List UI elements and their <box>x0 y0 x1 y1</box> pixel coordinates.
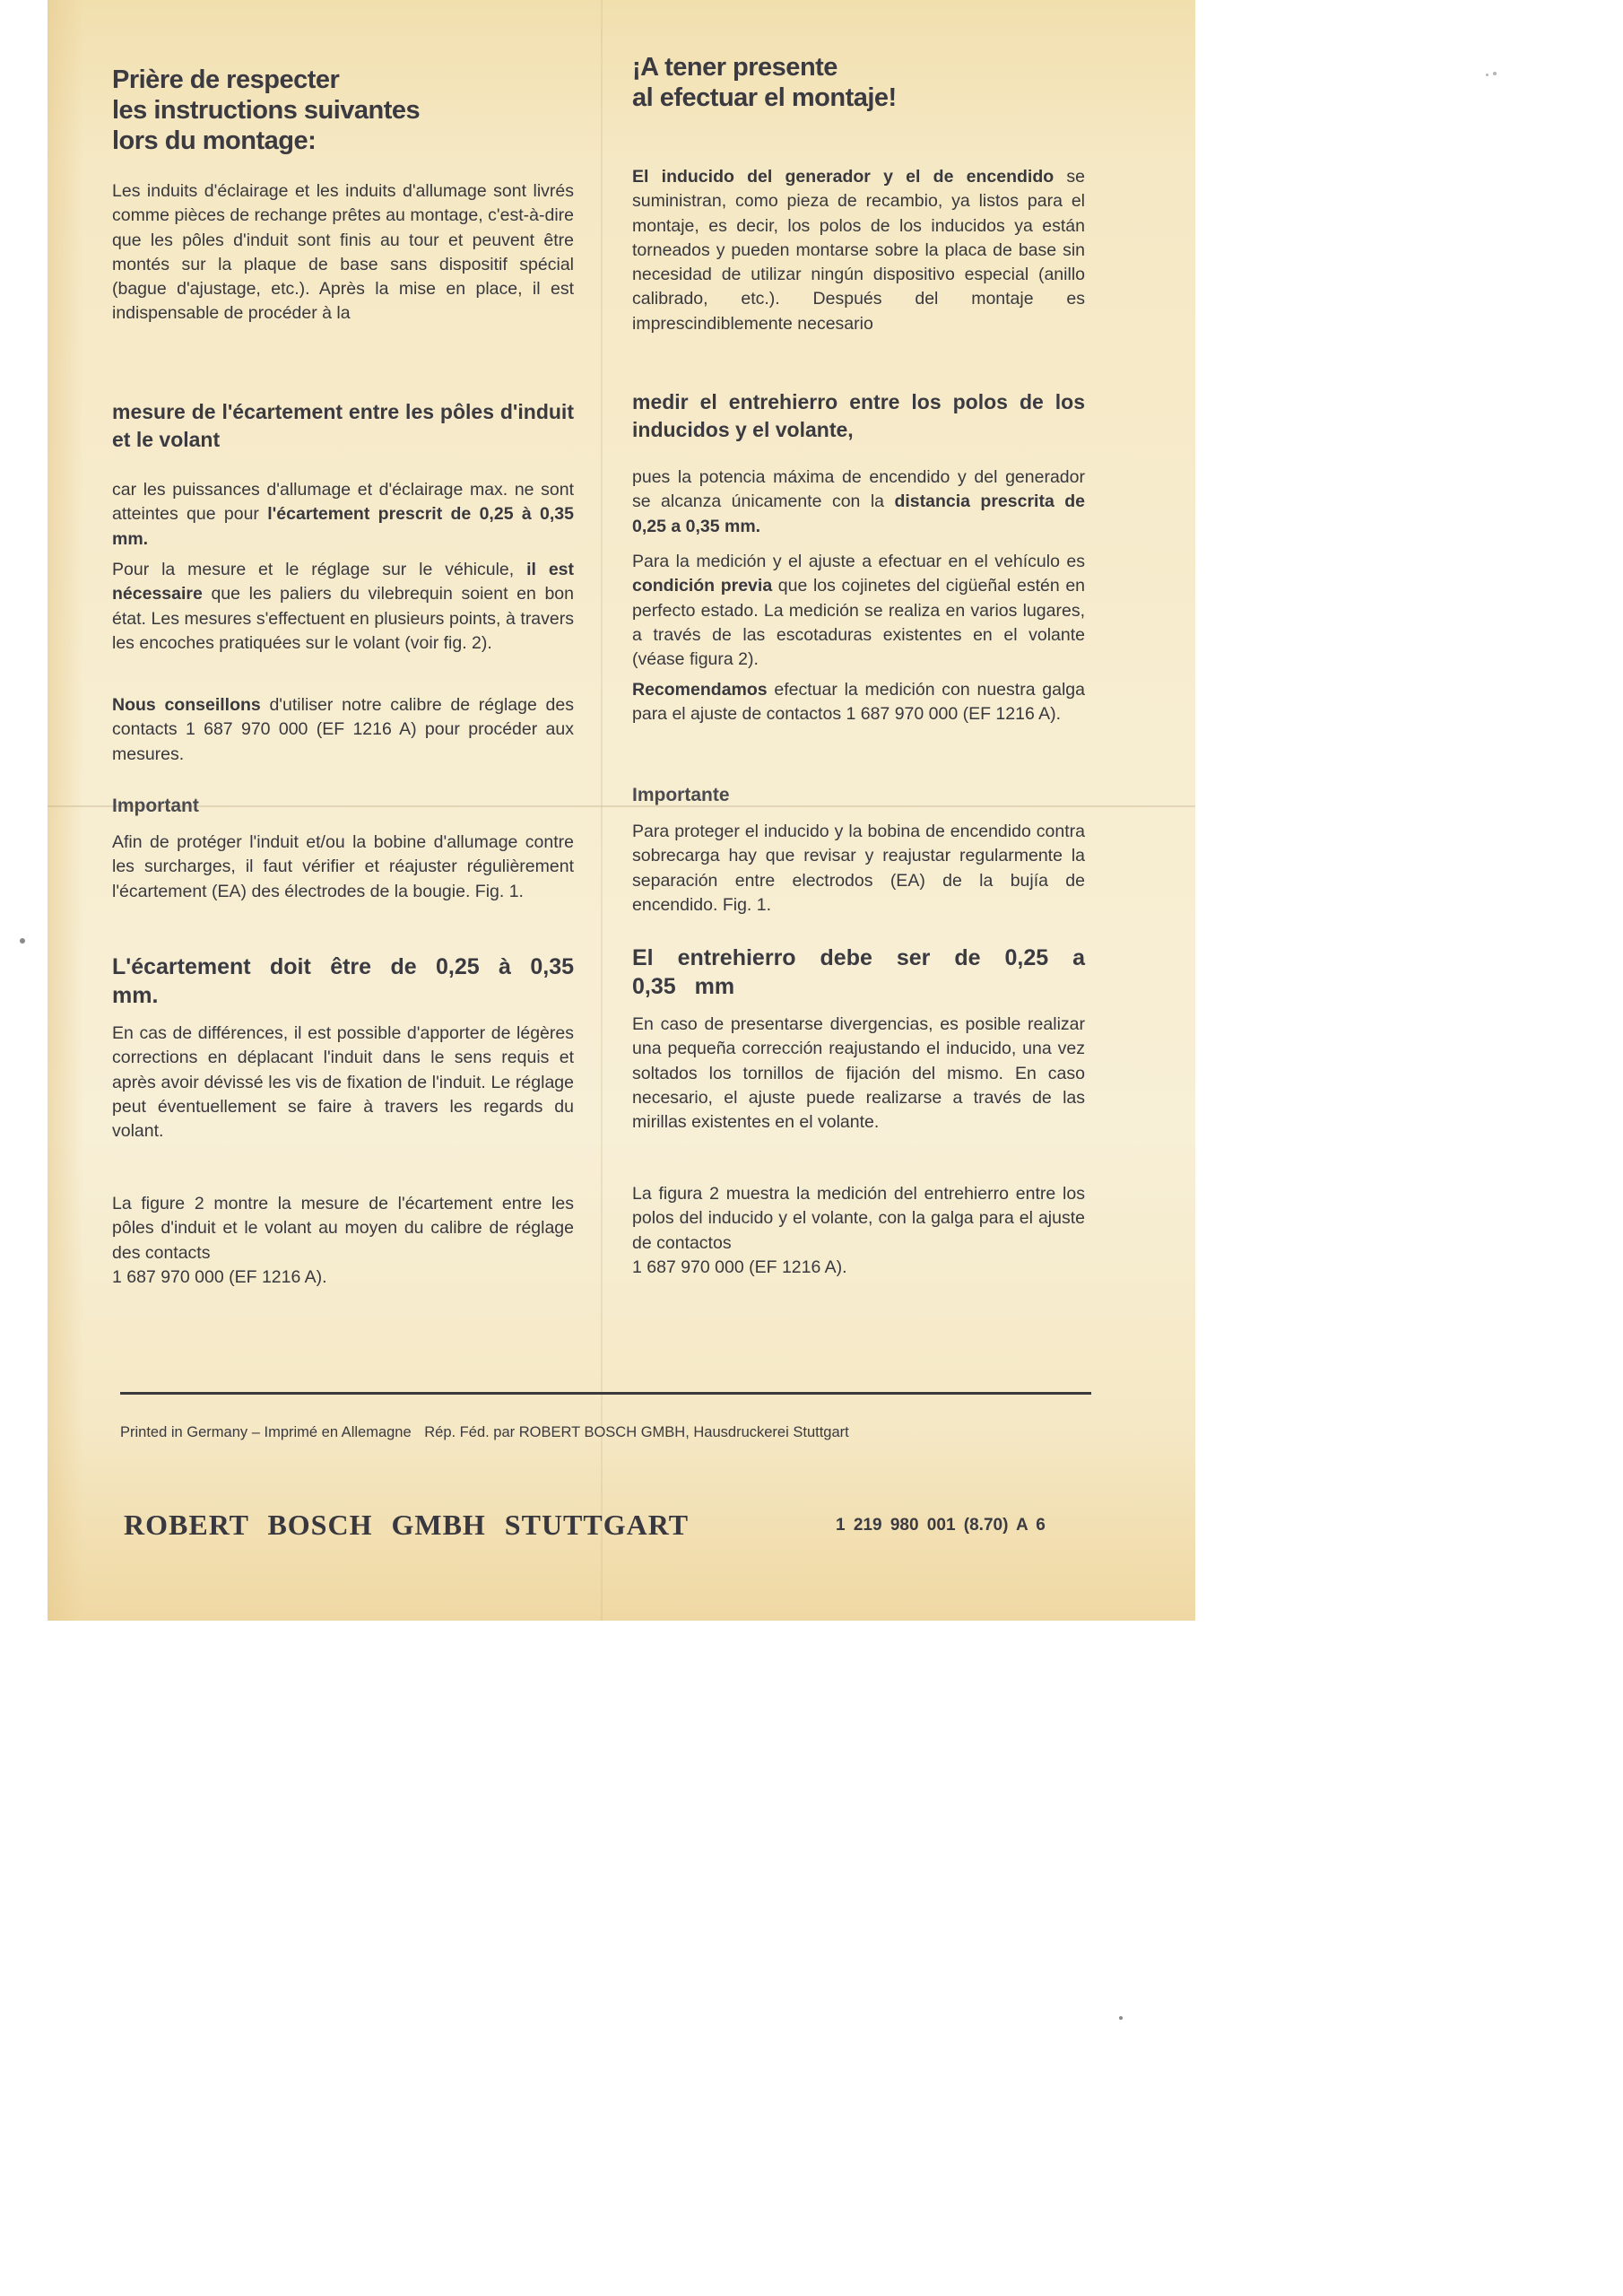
spanish-intro-text: se suministran, como pieza de recambio, … <box>632 167 1085 334</box>
french-part-number: 1 687 970 000 (EF 1216 A). <box>112 1265 574 1290</box>
document-code: 1 219 980 001 (8.70) A 6 <box>836 1516 1046 1535</box>
spanish-vehicle-text: Para la medición y el ajuste a efectuar … <box>632 552 1085 571</box>
vertical-fold-crease <box>601 0 603 1621</box>
french-vehicle-text: Pour la mesure et le réglage sur le véhi… <box>112 560 526 579</box>
french-gap-heading: L'écartement doit être de 0,25 à 0,35 mm… <box>112 952 574 1010</box>
spanish-figure-note: La figura 2 muestra la medición del entr… <box>632 1182 1085 1280</box>
scan-speck <box>1493 72 1497 75</box>
spanish-advice: Recomendamos efectuar la medición con nu… <box>632 678 1085 727</box>
spanish-vehicle: Para la medición y el ajuste a efectuar … <box>632 550 1085 672</box>
spanish-heading: ¡A tener presente al efectuar el montaje… <box>632 52 1085 113</box>
french-vehicle: Pour la mesure et le réglage sur le véhi… <box>112 558 574 656</box>
spanish-intro-emphasis: El inducido del generador y el de encend… <box>632 167 1054 187</box>
printer-imprint: Printed in Germany – Imprimé en Allemagn… <box>120 1424 849 1441</box>
footer-rule <box>120 1392 1091 1395</box>
french-important-title: Important <box>112 795 574 818</box>
french-figure-note-text: La figure 2 montre la mesure de l'écarte… <box>112 1192 574 1265</box>
french-measure-heading: mesure de l'écartement entre les pôles d… <box>112 398 574 454</box>
scan-speck <box>20 938 25 944</box>
spanish-important-text: Para proteger el inducido y la bobina de… <box>632 820 1085 918</box>
spanish-gap-heading: El entrehierro debe ser de 0,25 a 0,35 m… <box>632 944 1085 1001</box>
spanish-figure-note-text: La figura 2 muestra la medición del entr… <box>632 1182 1085 1256</box>
spanish-heading-line: al efectuar el montaje! <box>632 83 1085 113</box>
spanish-part-number: 1 687 970 000 (EF 1216 A). <box>632 1256 1085 1280</box>
french-important-text: Afin de protéger l'induit et/ou la bobin… <box>112 831 574 904</box>
spanish-important-title: Importante <box>632 784 1085 807</box>
spanish-vehicle-emphasis: condición previa <box>632 576 772 596</box>
french-heading-line: lors du montage: <box>112 126 574 156</box>
french-advice-emphasis: Nous conseillons <box>112 695 261 715</box>
french-heading: Prière de respecter les instructions sui… <box>112 65 574 156</box>
printer-name: Rép. Féd. par ROBERT BOSCH GMBH, Hausdru… <box>424 1424 848 1440</box>
french-correction: En cas de différences, il est possible d… <box>112 1022 574 1144</box>
spanish-reason: pues la potencia máxima de encendido y d… <box>632 465 1085 539</box>
french-advice: Nous conseillons d'utiliser notre calibr… <box>112 693 574 767</box>
spanish-intro: El inducido del generador y el de encend… <box>632 165 1085 336</box>
printed-in-germany: Printed in Germany – Imprimé en Allemagn… <box>120 1424 412 1440</box>
spanish-measure-heading: medir el entrehierro entre los polos de … <box>632 388 1085 444</box>
spanish-advice-emphasis: Recomendamos <box>632 680 768 700</box>
french-heading-line: les instructions suivantes <box>112 95 574 126</box>
company-name: ROBERT BOSCH GMBH STUTTGART <box>124 1509 689 1542</box>
scan-speck <box>1119 2016 1123 2020</box>
spanish-heading-line: ¡A tener presente <box>632 52 1085 83</box>
french-heading-line: Prière de respecter <box>112 65 574 95</box>
french-figure-note: La figure 2 montre la mesure de l'écarte… <box>112 1192 574 1290</box>
spanish-correction: En caso de presentarse divergencias, es … <box>632 1013 1085 1135</box>
french-reason: car les puissances d'allumage et d'éclai… <box>112 478 574 552</box>
scan-speck <box>1486 74 1488 76</box>
french-intro: Les induits d'éclairage et les induits d… <box>112 179 574 326</box>
